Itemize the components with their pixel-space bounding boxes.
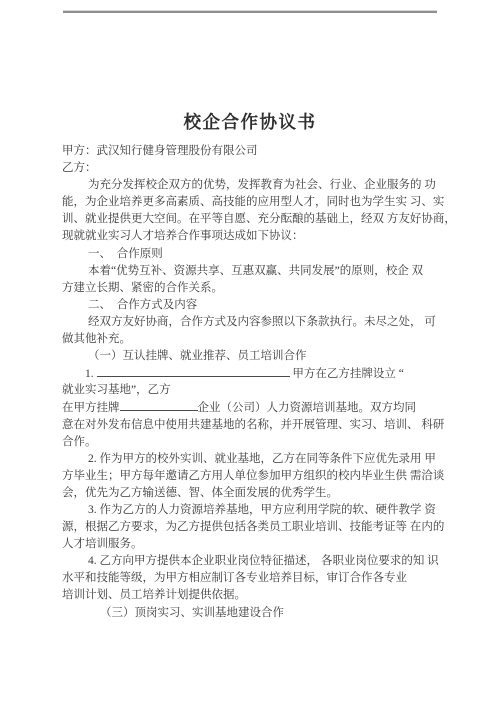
text-line: 方毕业生；甲方每年邀请乙方用人单位参加甲方组织的校内毕业生供 需洽谈 (62, 468, 442, 485)
text-line: 训、就业提供更大空间。在平等自愿、充分酝酿的基础上，经双 方友好协商， (62, 211, 442, 228)
top-divider-rule (63, 10, 437, 13)
text-line: 源，根据乙方要求，为乙方提供包括各类员工职业培训、技能考证等 在内的 (62, 519, 442, 536)
text-segment: 甲方在乙方挂牌设立 “ (290, 368, 404, 380)
text-line: 为充分发挥校企双方的优势，发挥教育为社会、行业、企业服务的 功 (62, 177, 442, 194)
text-line: 培训计划、员工培养计划提供依据。 (62, 587, 442, 604)
text-line: 现就就业实习人才培养合作事项达成如下协议： (62, 228, 442, 245)
text-line: 做其他补充。 (62, 331, 442, 348)
text-segment: 1. (85, 368, 97, 380)
document-body: 甲方：武汉知行健身管理股份有限公司乙方：为充分发挥校企双方的优势，发挥教育为社会… (62, 143, 442, 622)
text-line: 4. 乙方向甲方提供本企业职业岗位特征描述， 各职业岗位要求的知 识 (62, 553, 442, 570)
text-line: 2. 作为甲方的校外实训、就业基地，乙方在同等条件下应优先录用 甲 (62, 451, 442, 468)
text-line: 在甲方挂牌企业（公司）人力资源培训基地。双方均同 (62, 399, 442, 416)
text-line: 3. 作为乙方的人力资源培养基地，甲方应利用学院的软、硬件教学 资 (62, 502, 442, 519)
text-line: （三）顶岗实习、实训基地建设合作 (62, 605, 442, 622)
text-line: 合作。 (62, 434, 442, 451)
text-line: 本着“优势互补、资源共享、互惠双赢、共同发展”的原则，校企 双 (62, 263, 442, 280)
text-segment: 在甲方挂牌 (62, 402, 120, 414)
page-title: 校企合作协议书 (0, 110, 500, 134)
text-line: 甲方：武汉知行健身管理股份有限公司 (62, 143, 442, 160)
document-page: { "page": { "background": "#ffffff", "te… (0, 0, 500, 708)
blank-underline (97, 365, 290, 377)
blank-underline (120, 399, 198, 411)
text-line: 二、 合作方式及内容 (62, 297, 442, 314)
text-line: 能，为企业培养更多高素质、高技能的应用型人才，同时也为学生实 习、实 (62, 194, 442, 211)
text-line: 经双方友好协商，合作方式及内容参照以下条款执行。未尽之处， 可 (62, 314, 442, 331)
text-line: 乙方： (62, 160, 442, 177)
text-line: 就业实习基地”，乙方 (62, 382, 442, 399)
text-line: 人才培训服务。 (62, 536, 442, 553)
text-segment: 企业（公司）人力资源培训基地。双方均同 (198, 402, 417, 414)
text-line: 水平和技能等级，为甲方相应制订各专业培养目标，审订合作各专业 (62, 570, 442, 587)
text-line: 方建立长期、紧密的合作关系。 (62, 280, 442, 297)
text-line: 一、 合作原则 (62, 246, 442, 263)
text-line: （一）互认挂牌、就业推荐、员工培训合作 (62, 348, 442, 365)
text-line: 意在对外发布信息中使用共建基地的名称，并开展管理、实习、培训、 科研 (62, 417, 442, 434)
text-line: 1. 甲方在乙方挂牌设立 “ (62, 365, 442, 382)
text-line: 会，优先为乙方输送德、智、体全面发展的优秀学生。 (62, 485, 442, 502)
